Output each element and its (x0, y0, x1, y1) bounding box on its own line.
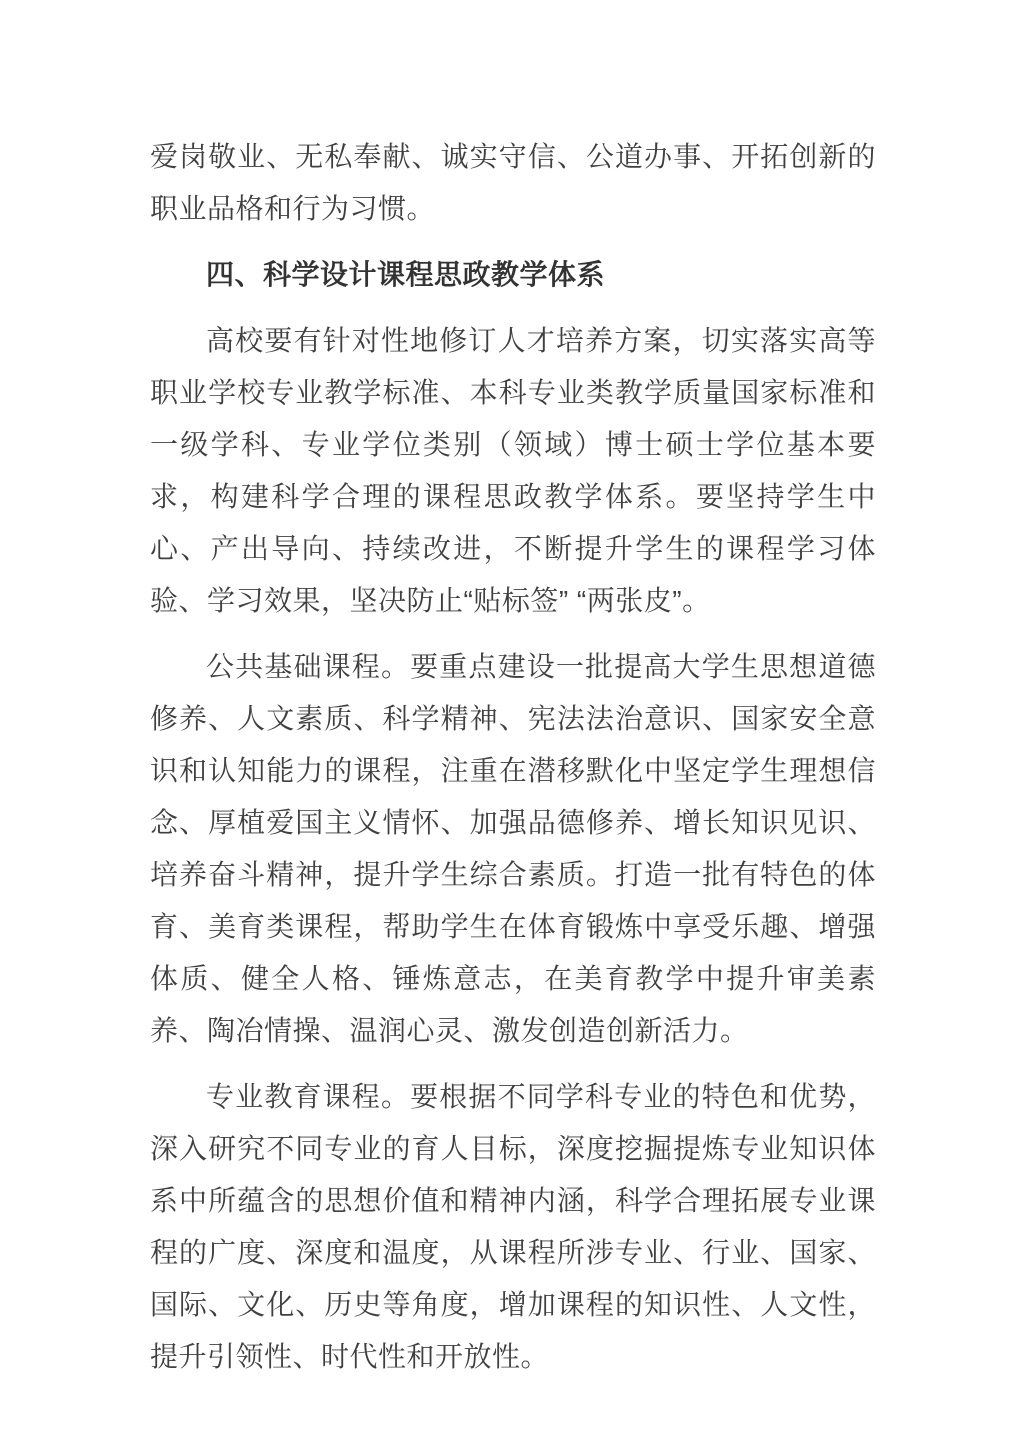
paragraph-continuation: 爱岗敬业、无私奉献、诚实守信、公道办事、开拓创新的职业品格和行为习惯。 (150, 131, 876, 235)
document-page: 爱岗敬业、无私奉献、诚实守信、公道办事、开拓创新的职业品格和行为习惯。 四、科学… (0, 0, 1024, 1448)
paragraph-public-basic-courses: 公共基础课程。要重点建设一批提高大学生思想道德修养、人文素质、科学精神、宪法法治… (150, 641, 876, 1057)
section-heading: 四、科学设计课程思政教学体系 (150, 249, 876, 301)
paragraph-professional-education-courses: 专业教育课程。要根据不同学科专业的特色和优势，深入研究不同专业的育人目标，深度挖… (150, 1071, 876, 1383)
paragraph-overview: 高校要有针对性地修订人才培养方案，切实落实高等职业学校专业教学标准、本科专业类教… (150, 315, 876, 627)
